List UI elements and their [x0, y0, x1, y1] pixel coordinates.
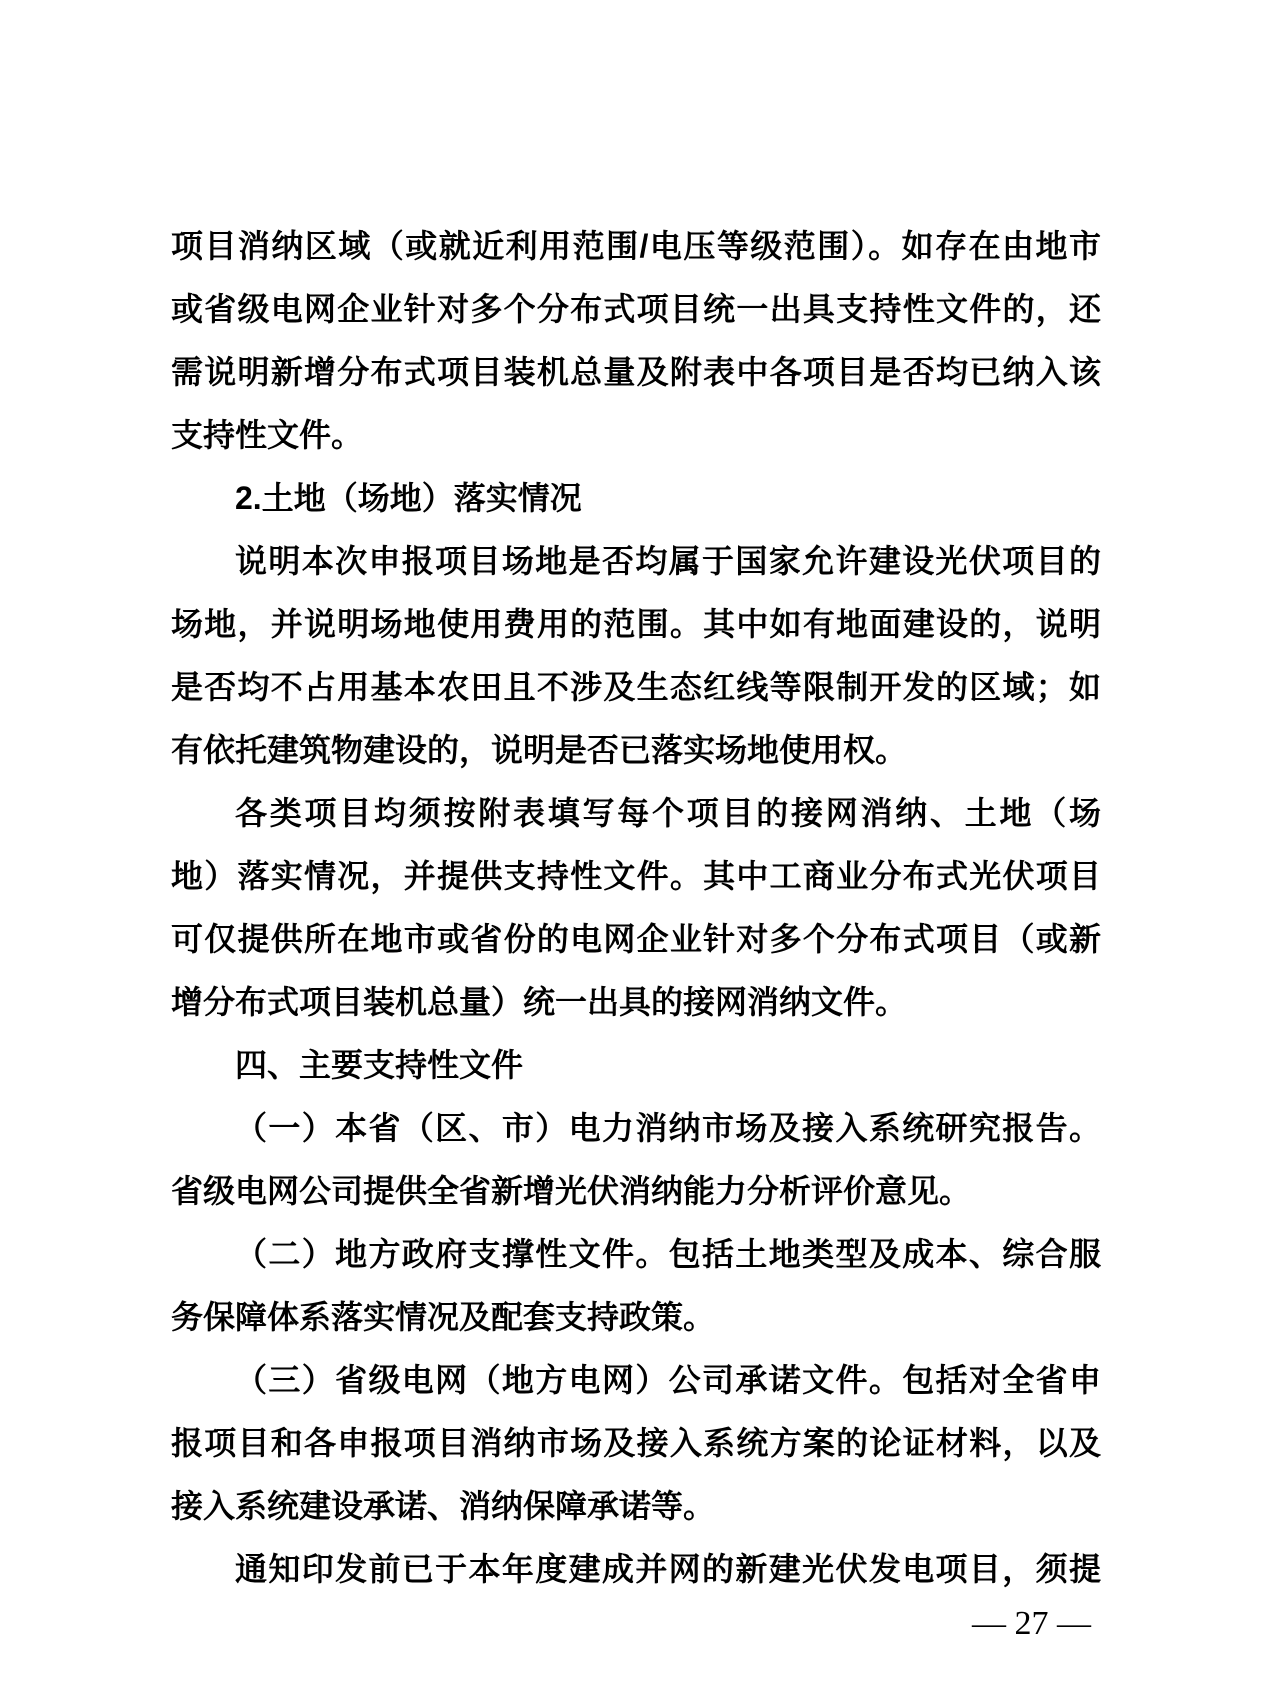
- text-line: 场地，并说明场地使用费用的范围。其中如有地面建设的，说明: [171, 593, 1101, 656]
- document-body: 项目消纳区域（或就近利用范围/电压等级范围）。如存在由地市或省级电网企业针对多个…: [171, 215, 1101, 1601]
- text-line: 报项目和各申报项目消纳市场及接入系统方案的论证材料，以及: [171, 1412, 1101, 1475]
- text-line: 是否均不占用基本农田且不涉及生态红线等限制开发的区域；如: [171, 656, 1101, 719]
- text-line: 务保障体系落实情况及配套支持政策。: [171, 1286, 1101, 1349]
- text-line: （二）地方政府支撑性文件。包括土地类型及成本、综合服: [171, 1223, 1101, 1286]
- page-number: — 27 —: [171, 1602, 1101, 1646]
- text-line: 各类项目均须按附表填写每个项目的接网消纳、土地（场: [171, 782, 1101, 845]
- text-line: 支持性文件。: [171, 404, 1101, 467]
- text-line: 地）落实情况，并提供支持性文件。其中工商业分布式光伏项目: [171, 845, 1101, 908]
- text-line: 说明本次申报项目场地是否均属于国家允许建设光伏项目的: [171, 530, 1101, 593]
- text-line: 2.土地（场地）落实情况: [171, 467, 1101, 530]
- text-line: 项目消纳区域（或就近利用范围/电压等级范围）。如存在由地市: [171, 215, 1101, 278]
- text-line: 通知印发前已于本年度建成并网的新建光伏发电项目，须提: [171, 1538, 1101, 1601]
- text-line: 有依托建筑物建设的，说明是否已落实场地使用权。: [171, 719, 1101, 782]
- text-line: 四、主要支持性文件: [171, 1034, 1101, 1097]
- text-line: 或省级电网企业针对多个分布式项目统一出具支持性文件的，还: [171, 278, 1101, 341]
- text-line: 接入系统建设承诺、消纳保障承诺等。: [171, 1475, 1101, 1538]
- text-line: 省级电网公司提供全省新增光伏消纳能力分析评价意见。: [171, 1160, 1101, 1223]
- text-line: 增分布式项目装机总量）统一出具的接网消纳文件。: [171, 971, 1101, 1034]
- text-line: （三）省级电网（地方电网）公司承诺文件。包括对全省申: [171, 1349, 1101, 1412]
- text-line: 需说明新增分布式项目装机总量及附表中各项目是否均已纳入该: [171, 341, 1101, 404]
- text-line: （一）本省（区、市）电力消纳市场及接入系统研究报告。: [171, 1097, 1101, 1160]
- document-page: 项目消纳区域（或就近利用范围/电压等级范围）。如存在由地市或省级电网企业针对多个…: [0, 0, 1280, 1696]
- text-line: 可仅提供所在地市或省份的电网企业针对多个分布式项目（或新: [171, 908, 1101, 971]
